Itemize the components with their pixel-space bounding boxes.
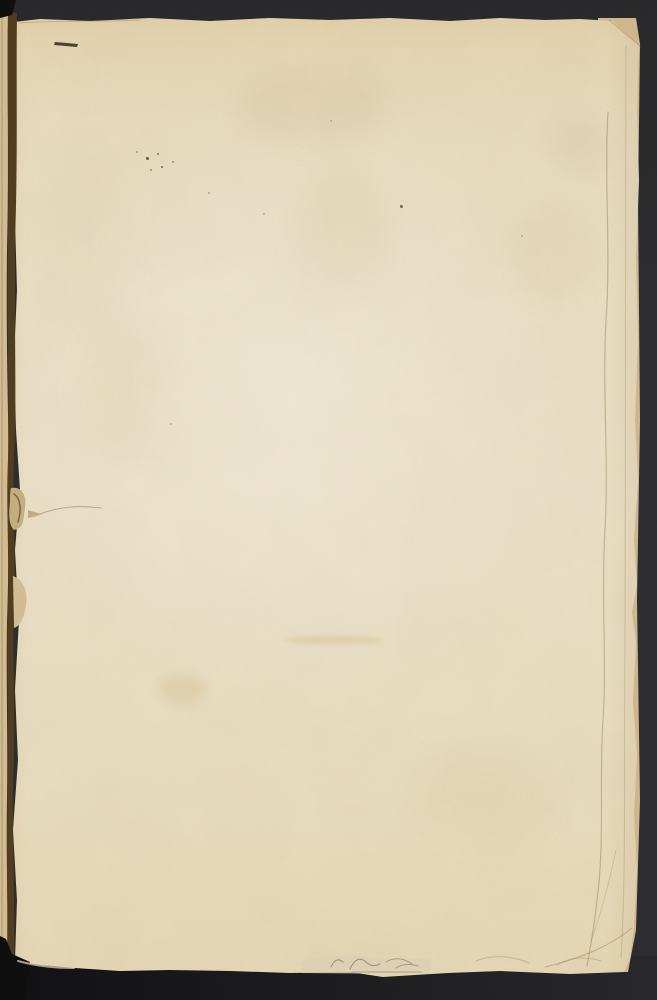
ink-speck: [263, 213, 265, 215]
blank-book-page: [0, 0, 657, 1000]
ink-speck: [172, 161, 174, 163]
ink-speck: [157, 153, 159, 155]
ink-speck: [150, 169, 152, 171]
ink-speck: [161, 166, 163, 168]
ink-speck: [208, 192, 210, 194]
ink-speck: [330, 120, 332, 122]
ink-speck: [521, 235, 523, 237]
speck-layer: [0, 0, 657, 1000]
ink-speck: [400, 205, 403, 208]
binding-stub: [0, 10, 9, 960]
ink-speck: [136, 151, 138, 153]
book-scan-canvas: [0, 0, 657, 1000]
cover-corner-top-left: [0, 0, 16, 18]
ink-speck: [146, 157, 149, 160]
ink-speck: [170, 423, 172, 425]
